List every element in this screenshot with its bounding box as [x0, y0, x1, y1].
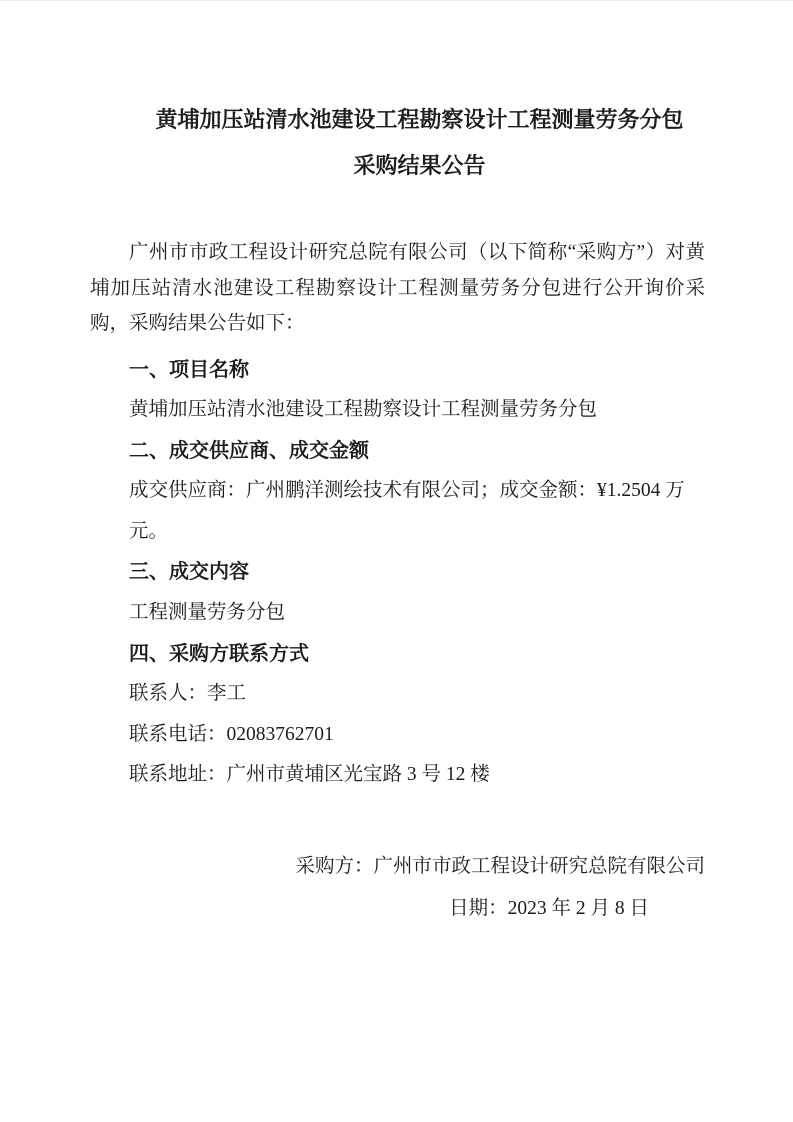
section-1-heading: 一、项目名称	[90, 350, 705, 391]
section-3-content: 工程测量劳务分包	[90, 593, 705, 634]
intro-paragraph: 广州市市政工程设计研究总院有限公司（以下简称“采购方”）对黄埔加压站清水池建设工…	[90, 235, 705, 342]
section-3-heading: 三、成交内容	[90, 552, 705, 593]
document-page: 黄埔加压站清水池建设工程勘察设计工程测量劳务分包 采购结果公告 广州市市政工程设…	[0, 0, 793, 1122]
signature-buyer-line: 采购方：广州市市政工程设计研究总院有限公司	[90, 846, 705, 888]
contact-phone-line: 联系电话：02083762701	[90, 715, 705, 756]
contact-person-line: 联系人：李工	[90, 674, 705, 715]
page-title-line-2: 采购结果公告	[134, 143, 705, 189]
contact-address-line: 联系地址：广州市黄埔区光宝路 3 号 12 楼	[90, 755, 705, 796]
section-2-content: 成交供应商：广州鹏洋测绘技术有限公司；成交金额：¥1.2504 万元。	[90, 471, 705, 552]
section-4-heading: 四、采购方联系方式	[90, 634, 705, 675]
document-title: 黄埔加压站清水池建设工程勘察设计工程测量劳务分包 采购结果公告	[90, 97, 705, 189]
section-1-content: 黄埔加压站清水池建设工程勘察设计工程测量劳务分包	[90, 390, 705, 431]
signature-date-line: 日期：2023 年 2 月 8 日	[90, 888, 705, 930]
sections: 一、项目名称 黄埔加压站清水池建设工程勘察设计工程测量劳务分包 二、成交供应商、…	[90, 350, 705, 797]
page-title-line-1: 黄埔加压站清水池建设工程勘察设计工程测量劳务分包	[134, 97, 705, 143]
section-2-heading: 二、成交供应商、成交金额	[90, 431, 705, 472]
signature-block: 采购方：广州市市政工程设计研究总院有限公司 日期：2023 年 2 月 8 日	[90, 846, 705, 930]
